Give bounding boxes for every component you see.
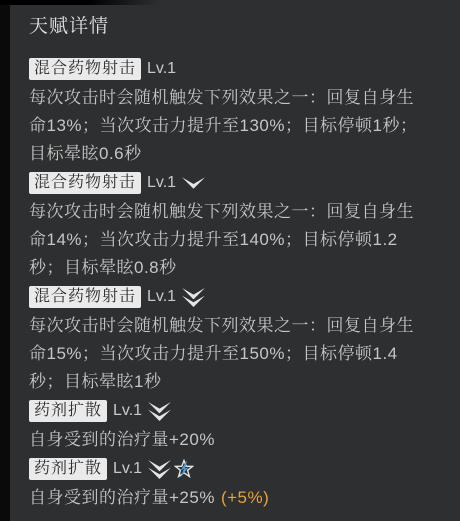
talent-name-badge: 混合药物射击: [29, 172, 141, 194]
talent-header: 混合药物射击 Lv.1: [29, 172, 434, 194]
talent-name-badge: 药剂扩散: [29, 400, 107, 422]
talent-header: 混合药物射击 Lv.1: [29, 58, 434, 80]
talent-rank-icons: [145, 459, 194, 479]
talent-block-3: 混合药物射击 Lv.1 每次攻击时会随机触发下列效果之一：回复自身生命15%；当…: [29, 286, 434, 396]
elite-2-rank-icon: [147, 402, 172, 421]
talent-detail-panel[interactable]: 天赋详情 混合药物射击 Lv.1 每次攻击时会随机触发下列效果之一：回复自身生命…: [0, 0, 460, 521]
talent-header: 混合药物射击 Lv.1: [29, 286, 434, 308]
talent-list: 混合药物射击 Lv.1 每次攻击时会随机触发下列效果之一：回复自身生命13%；当…: [29, 58, 434, 512]
talent-level-label: Lv.1: [147, 288, 176, 306]
talent-name-badge: 药剂扩散: [29, 458, 107, 480]
talent-bonus-value: (+5%): [221, 488, 269, 507]
talent-level-label: Lv.1: [113, 402, 142, 420]
talent-description: 每次攻击时会随机触发下列效果之一：回复自身生命14%；当次攻击力提升至140%；…: [29, 198, 428, 282]
talent-rank-icons: [179, 288, 206, 307]
elite-2-rank-icon: [147, 460, 172, 479]
potential-star-icon: [174, 459, 194, 479]
talent-block-1: 混合药物射击 Lv.1 每次攻击时会随机触发下列效果之一：回复自身生命13%；当…: [29, 58, 434, 168]
talent-rank-icons: [145, 402, 172, 421]
talent-level-label: Lv.1: [147, 60, 176, 78]
talent-block-2: 混合药物射击 Lv.1 每次攻击时会随机触发下列效果之一：回复自身生命14%；当…: [29, 172, 434, 282]
talent-rank-icons: [179, 176, 206, 190]
talent-description: 每次攻击时会随机触发下列效果之一：回复自身生命13%；当次攻击力提升至130%；…: [29, 84, 428, 168]
talent-level-label: Lv.1: [113, 460, 142, 478]
talent-description: 每次攻击时会随机触发下列效果之一：回复自身生命15%；当次攻击力提升至150%；…: [29, 312, 428, 396]
talent-header: 药剂扩散 Lv.1: [29, 400, 434, 422]
talent-description: 自身受到的治疗量+25%(+5%): [29, 484, 428, 512]
talent-block-4: 药剂扩散 Lv.1 自身受到的治疗量+20%: [29, 400, 434, 454]
page-title: 天赋详情: [29, 14, 434, 40]
talent-name-badge: 混合药物射击: [29, 286, 141, 308]
talent-description: 自身受到的治疗量+20%: [29, 426, 428, 454]
talent-name-badge: 混合药物射击: [29, 58, 141, 80]
talent-header: 药剂扩散 Lv.1: [29, 458, 434, 480]
elite-2-rank-icon: [181, 288, 206, 307]
talent-level-label: Lv.1: [147, 174, 176, 192]
talent-block-5: 药剂扩散 Lv.1 自身受到的治疗量+25%(+5%): [29, 458, 434, 512]
elite-1-rank-icon: [181, 176, 206, 190]
